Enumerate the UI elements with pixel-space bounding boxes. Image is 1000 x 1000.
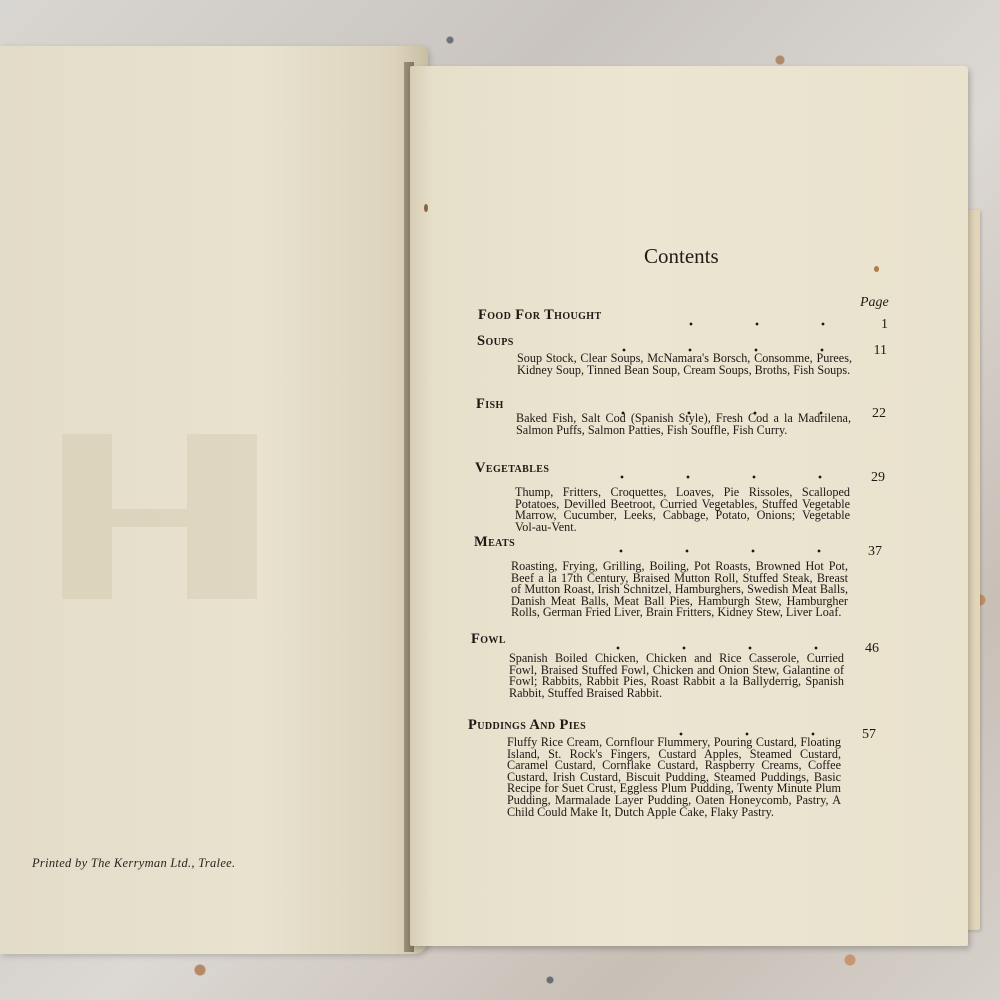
toc-entry-puddings-and-pies: Puddings And Pies 57 Fluffy Rice Cream, … xyxy=(468,717,878,837)
section-items: Baked Fish, Salt Cod (Spanish Style), Fr… xyxy=(516,413,851,436)
toc-entry-meats: Meats 37 Roasting, Frying, Grilling, Boi… xyxy=(474,534,884,630)
page-number: 11 xyxy=(857,343,887,359)
left-page: Printed by The Kerryman Ltd., Tralee. xyxy=(0,46,428,954)
toc-entry-soups: Soups 11 Soup Stock, Clear Soups, McNama… xyxy=(477,333,887,393)
leader-dots xyxy=(564,548,852,554)
page-number: 22 xyxy=(856,406,886,422)
page-title: Contents xyxy=(644,244,719,269)
toc-entry-fowl: Fowl 46 Spanish Boiled Chicken, Chicken … xyxy=(471,631,881,715)
section-items: Fluffy Rice Cream, Cornflour Flummery, P… xyxy=(507,737,841,818)
page-number: 29 xyxy=(855,470,885,486)
paper-stain xyxy=(874,266,879,272)
leader-dots xyxy=(638,321,856,327)
page-number: 37 xyxy=(852,544,882,560)
show-through-mark xyxy=(62,434,257,604)
printer-imprint: Printed by The Kerryman Ltd., Tralee. xyxy=(32,856,235,871)
section-items: Spanish Boiled Chicken, Chicken and Rice… xyxy=(509,653,844,699)
toc-entry-fish: Fish 22 Baked Fish, Salt Cod (Spanish St… xyxy=(476,396,886,454)
section-items: Soup Stock, Clear Soups, McNamara's Bors… xyxy=(517,353,852,376)
page-number: 46 xyxy=(849,641,879,657)
leader-dots xyxy=(595,474,853,480)
page-number: 57 xyxy=(846,727,876,743)
page-number: 1 xyxy=(858,317,888,333)
paper-stain xyxy=(424,204,428,212)
section-items: Thump, Fritters, Croquettes, Loaves, Pie… xyxy=(515,487,850,533)
section-items: Roasting, Frying, Grilling, Boiling, Pot… xyxy=(511,561,848,619)
toc-entry-vegetables: Vegetables 29 Thump, Fritters, Croquette… xyxy=(475,460,885,532)
